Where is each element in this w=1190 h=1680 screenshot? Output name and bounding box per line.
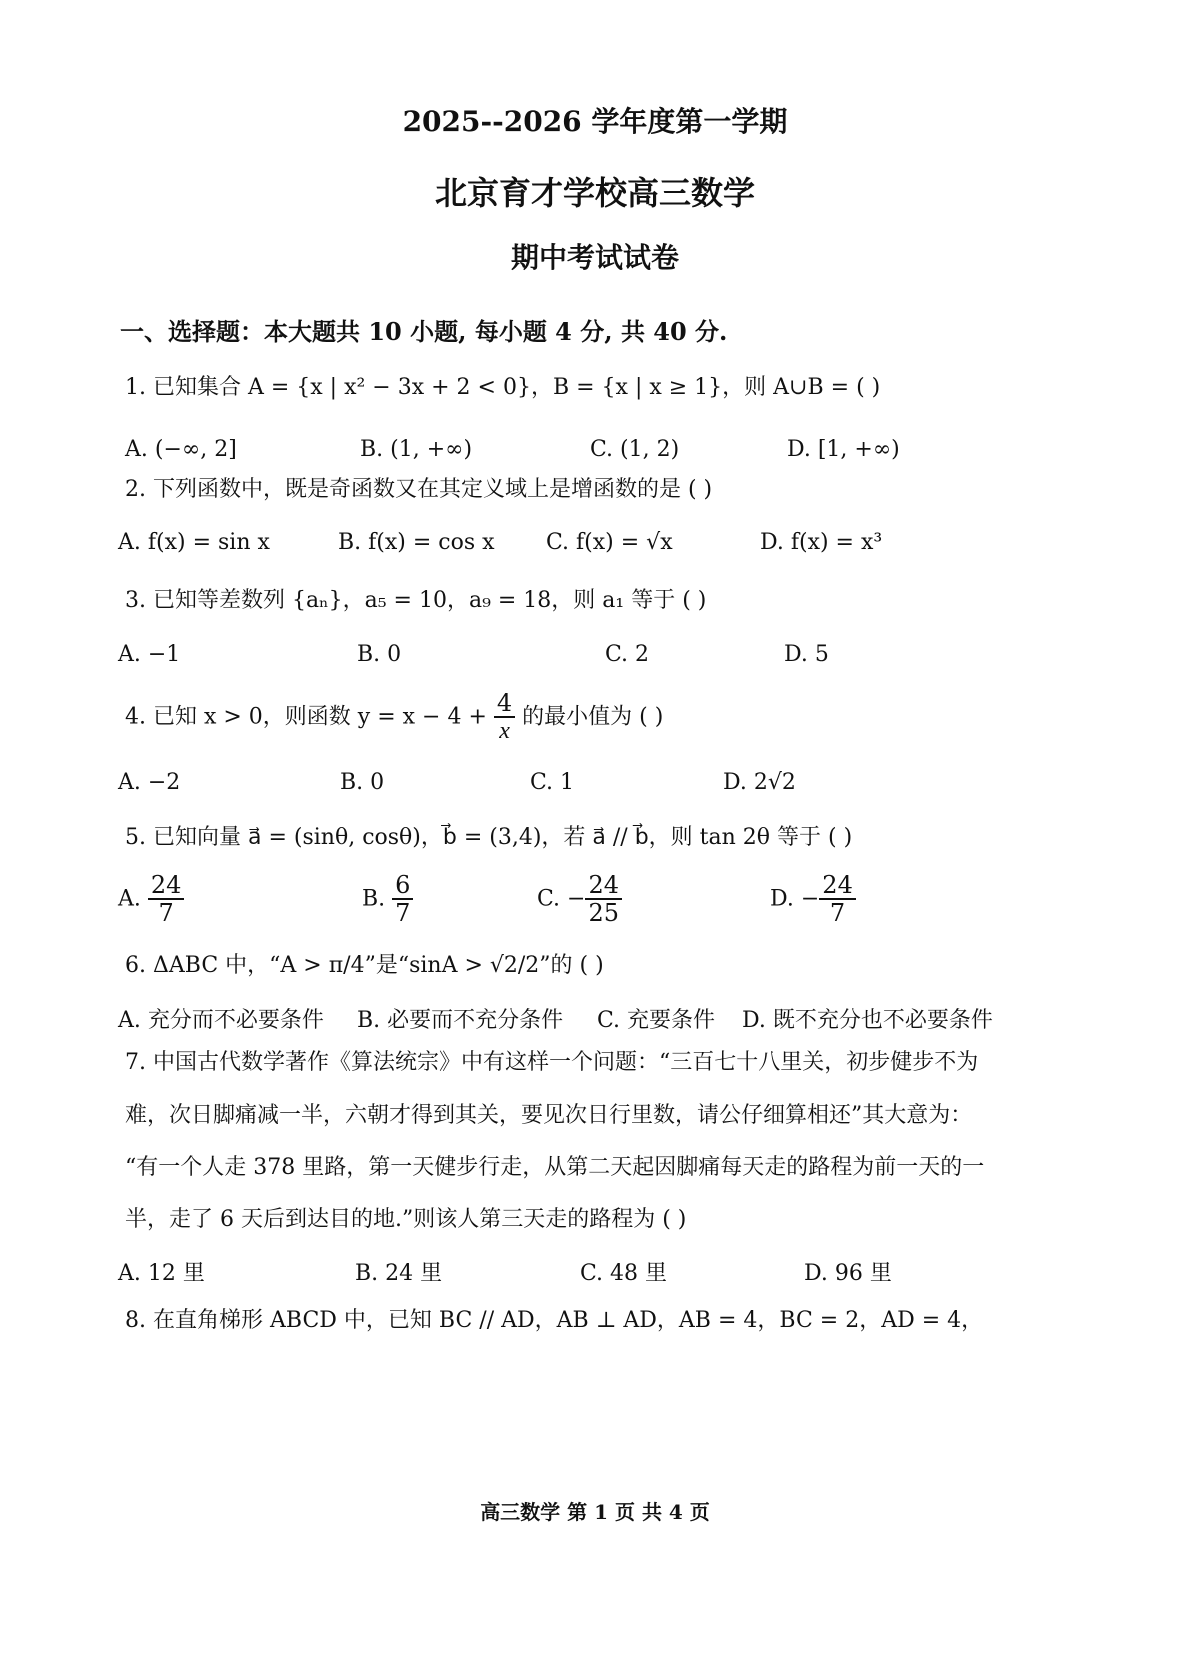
question-6-option-b: B. 必要而不充分条件 xyxy=(357,1003,563,1034)
option-label: C. xyxy=(537,886,560,911)
question-4-option-d: D. 2√2 xyxy=(723,770,796,795)
question-1-option-c: C. (1, 2) xyxy=(590,437,679,462)
question-3-option-b: B. 0 xyxy=(357,642,401,667)
question-6-stem: 6. ΔABC 中，“A > π/4”是“sinA > √2/2”的 ( ) xyxy=(125,948,604,979)
section-heading: 一、选择题：本大题共 10 小题, 每小题 4 分, 共 40 分. xyxy=(120,312,727,347)
option-sign: − xyxy=(801,886,819,911)
fraction-denominator: x xyxy=(494,718,515,744)
question-7-line-4: 半，走了 6 天后到达目的地.”则该人第三天走的路程为 ( ) xyxy=(125,1202,686,1233)
question-6-option-c: C. 充要条件 xyxy=(597,1003,715,1034)
question-7-option-d: D. 96 里 xyxy=(804,1256,892,1287)
fraction-denominator: 7 xyxy=(392,900,413,926)
question-2-option-a: A. f(x) = sin x xyxy=(118,530,270,555)
question-2-stem: 2. 下列函数中，既是奇函数又在其定义域上是增函数的是 ( ) xyxy=(125,472,712,503)
question-4-option-b: B. 0 xyxy=(340,770,384,795)
question-3-option-a: A. −1 xyxy=(118,642,180,667)
exam-name-title: 期中考试试卷 xyxy=(0,236,1190,276)
question-5-stem: 5. 已知向量 a⃗ = (sinθ, cosθ)，b⃗ = (3,4)，若 a… xyxy=(125,820,852,851)
question-5-option-b: B. 67 xyxy=(362,872,413,927)
question-5-option-a: A. 247 xyxy=(118,872,184,927)
option-label: A. xyxy=(118,886,141,911)
question-2-option-c: C. f(x) = √x xyxy=(546,530,673,555)
question-3-option-c: C. 2 xyxy=(605,642,649,667)
question-3-option-d: D. 5 xyxy=(784,642,829,667)
fraction-numerator: 24 xyxy=(819,872,856,900)
option-label: D. xyxy=(770,886,794,911)
question-4-option-a: A. −2 xyxy=(118,770,180,795)
fraction-denominator: 7 xyxy=(819,900,856,926)
fraction-numerator: 4 xyxy=(494,690,515,718)
question-4-stem-suffix: 的最小值为 ( ) xyxy=(515,704,663,729)
question-1-option-b: B. (1, +∞) xyxy=(360,437,472,462)
question-8-stem: 8. 在直角梯形 ABCD 中，已知 BC // AD，AB ⊥ AD，AB =… xyxy=(125,1303,983,1334)
fraction-numerator: 24 xyxy=(148,872,185,900)
question-7-option-b: B. 24 里 xyxy=(355,1256,442,1287)
exam-school-title: 北京育才学校高三数学 xyxy=(0,168,1190,214)
question-4-stem-prefix: 4. 已知 x > 0，则函数 y = x − 4 + xyxy=(125,704,494,729)
exam-term-title: 2025--2026 学年度第一学期 xyxy=(0,100,1190,140)
question-5-option-d: D. −247 xyxy=(770,872,856,927)
question-7-option-a: A. 12 里 xyxy=(118,1256,205,1287)
question-2-option-d: D. f(x) = x³ xyxy=(760,530,882,555)
question-1-option-a: A. (−∞, 2] xyxy=(125,437,237,462)
question-4-fraction: 4x xyxy=(494,690,515,745)
question-4-stem: 4. 已知 x > 0，则函数 y = x − 4 + 4x 的最小值为 ( ) xyxy=(125,690,663,745)
question-7-option-c: C. 48 里 xyxy=(580,1256,667,1287)
option-label: B. xyxy=(362,886,385,911)
question-4-option-c: C. 1 xyxy=(530,770,574,795)
question-3-stem: 3. 已知等差数列 {aₙ}，a₅ = 10，a₉ = 18，则 a₁ 等于 (… xyxy=(125,583,706,614)
question-6-option-a: A. 充分而不必要条件 xyxy=(118,1003,324,1034)
question-7-line-2: 难，次日脚痛减一半，六朝才得到其关，要见次日行里数，请公仔细算相还”其大意为： xyxy=(125,1098,972,1129)
option-sign: − xyxy=(567,886,585,911)
page-footer: 高三数学 第 1 页 共 4 页 xyxy=(0,1496,1190,1525)
question-1-stem: 1. 已知集合 A = {x | x² − 3x + 2 < 0}，B = {x… xyxy=(125,370,880,401)
question-6-option-d: D. 既不充分也不必要条件 xyxy=(742,1003,993,1034)
fraction-numerator: 6 xyxy=(392,872,413,900)
question-1-option-d: D. [1, +∞) xyxy=(787,437,900,462)
question-2-option-b: B. f(x) = cos x xyxy=(338,530,495,555)
question-7-line-1: 7. 中国古代数学著作《算法统宗》中有这样一个问题：“三百七十八里关，初步健步不… xyxy=(125,1045,978,1076)
fraction-numerator: 24 xyxy=(585,872,622,900)
fraction-denominator: 25 xyxy=(585,900,622,926)
question-7-line-3: “有一个人走 378 里路，第一天健步行走，从第二天起因脚痛每天走的路程为前一天… xyxy=(125,1150,984,1181)
fraction-denominator: 7 xyxy=(148,900,185,926)
question-5-option-c: C. −2425 xyxy=(537,872,622,927)
